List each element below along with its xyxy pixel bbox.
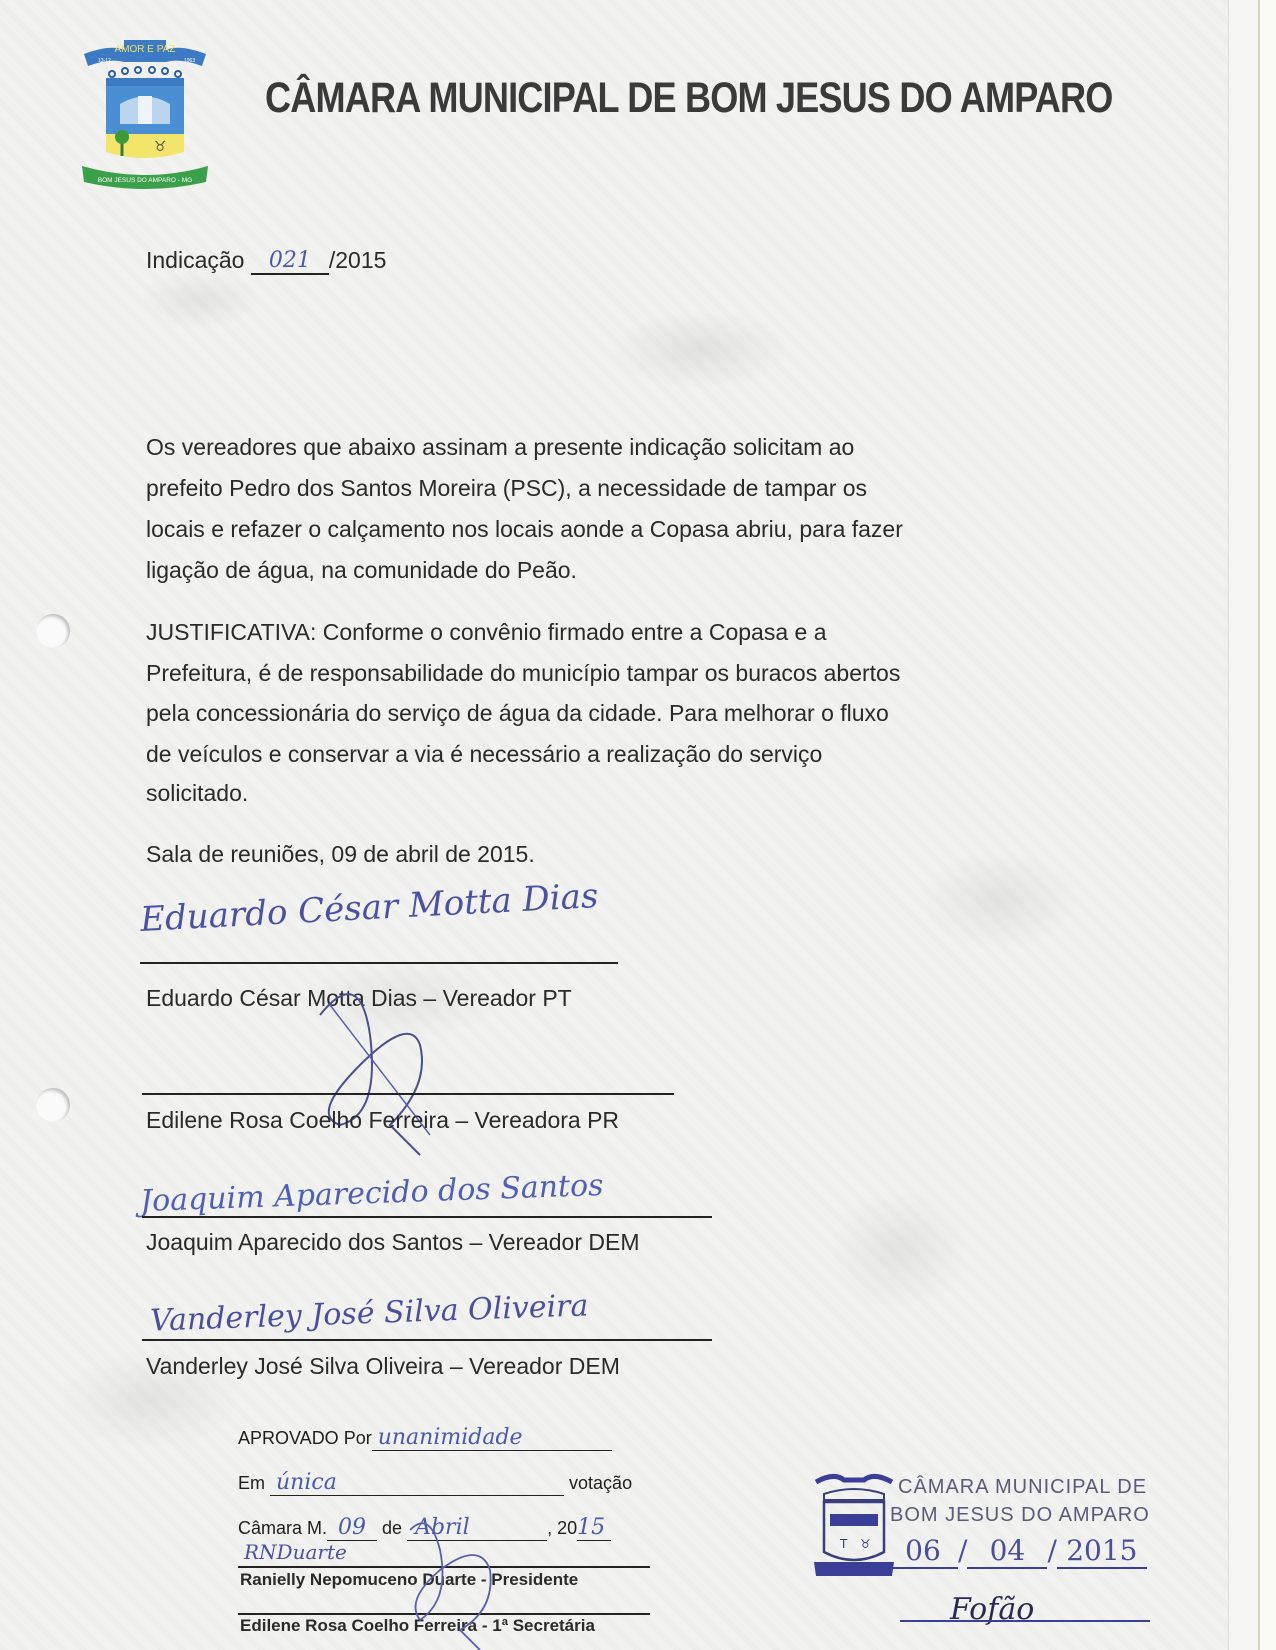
- page-title: CÂMARA MUNICIPAL DE BOM JESUS DO AMPARO: [265, 74, 1113, 123]
- signer-name: Joaquim Aparecido dos Santos – Vereador …: [146, 1229, 640, 1256]
- approval-em-row: Em única votação: [238, 1470, 632, 1496]
- president-signature: RNDuarte: [244, 1540, 347, 1564]
- document-page: AMOR E PAZ 13-12 1963 ♉ BOM JESUS DO AMP…: [0, 0, 1228, 1650]
- indicacao-number: 021: [269, 248, 311, 273]
- approval-aprovado-value: unanimidade: [372, 1425, 523, 1450]
- svg-text:1963: 1963: [184, 58, 195, 64]
- logo-banner: BOM JESUS DO AMPARO - MG: [98, 177, 193, 184]
- svg-text:T: T: [839, 1537, 848, 1551]
- punch-hole-top: [36, 614, 70, 648]
- stamp-signature-line: [900, 1620, 1150, 1622]
- paragraph-line: Prefeitura, é de responsabilidade do mun…: [146, 660, 900, 687]
- paragraph-line: pela concessionária do serviço de água d…: [146, 700, 889, 727]
- signature-line: [142, 1093, 674, 1095]
- stamp-line1: CÂMARA MUNICIPAL DE: [898, 1476, 1147, 1499]
- paragraph-line: Os vereadores que abaixo assinam a prese…: [146, 434, 854, 461]
- stamp-date: 06/04/2015: [888, 1534, 1147, 1569]
- signature-scribble: [400, 1510, 510, 1650]
- svg-text:♉: ♉: [154, 139, 167, 155]
- signer-name: Edilene Rosa Coelho Ferreira – Vereadora…: [146, 1107, 619, 1134]
- signature-line: [142, 1339, 712, 1341]
- svg-text:♉: ♉: [860, 1537, 871, 1551]
- page-edge: [1228, 0, 1259, 1650]
- page-edge-outer: [1258, 0, 1276, 1650]
- logo-motto: AMOR E PAZ: [115, 44, 176, 55]
- indicacao-line: Indicação 021 /2015: [146, 247, 386, 276]
- approval-aprovado-row: APROVADO Por unanimidade: [238, 1425, 612, 1451]
- signature-handwriting: Vanderley José Silva Oliveira: [150, 1288, 589, 1338]
- paragraph-line: solicitado.: [146, 780, 248, 807]
- signature-line: [140, 962, 618, 964]
- paragraph-line: de veículos e conservar a via é necessár…: [146, 741, 822, 768]
- signature-handwriting: Joaquim Aparecido dos Santos: [140, 1168, 605, 1219]
- place-date: Sala de reuniões, 09 de abril de 2015.: [146, 841, 535, 868]
- signature-line: [142, 1216, 712, 1218]
- svg-text:13-12: 13-12: [98, 58, 111, 64]
- signature-handwriting: Eduardo César Motta Dias: [139, 876, 599, 940]
- paragraph-line: locais e refazer o calçamento nos locais…: [146, 516, 903, 543]
- paragraph-line: prefeito Pedro dos Santos Moreira (PSC),…: [146, 475, 867, 502]
- coat-of-arms-logo: AMOR E PAZ 13-12 1963 ♉ BOM JESUS DO AMP…: [80, 34, 210, 192]
- signature-scribble: [300, 975, 460, 1165]
- approval-day: 09: [338, 1515, 366, 1540]
- approval-em-value: única: [270, 1470, 337, 1495]
- indicacao-year: /2015: [329, 247, 387, 273]
- signer-name: Vanderley José Silva Oliveira – Vereador…: [146, 1353, 620, 1380]
- paragraph-line: ligação de água, na comunidade do Peão.: [146, 557, 577, 584]
- stamp-line2: BOM JESUS DO AMPARO: [890, 1504, 1150, 1527]
- receipt-stamp: T ♉ CÂMARA MUNICIPAL DE BOM JESUS DO AMP…: [810, 1468, 1200, 1650]
- paragraph-line: JUSTIFICATIVA: Conforme o convênio firma…: [146, 619, 827, 646]
- stamp-crest-icon: T ♉: [814, 1472, 894, 1582]
- punch-hole-bottom: [36, 1088, 70, 1122]
- indicacao-label: Indicação: [146, 247, 244, 273]
- approval-year: 15: [577, 1515, 605, 1540]
